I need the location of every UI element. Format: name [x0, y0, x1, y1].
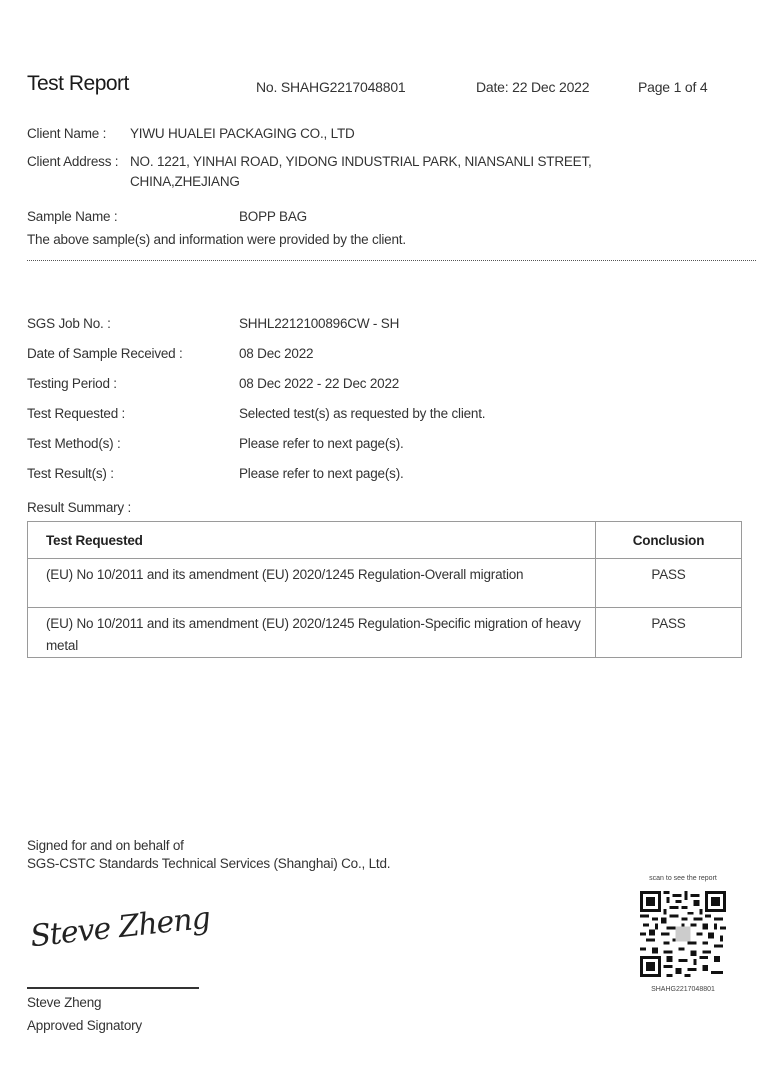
detail-value: Please refer to next page(s).	[239, 466, 404, 481]
client-address-line1: NO. 1221, YINHAI ROAD, YIDONG INDUSTRIAL…	[130, 154, 592, 169]
report-number: No. SHAHG2217048801	[256, 79, 406, 95]
table-row: (EU) No 10/2011 and its amendment (EU) 2…	[28, 559, 742, 608]
test-requested-cell: (EU) No 10/2011 and its amendment (EU) 2…	[28, 608, 596, 658]
result-summary-table: Test Requested Conclusion (EU) No 10/201…	[27, 521, 742, 658]
signatory-name: Steve Zheng	[27, 995, 101, 1010]
result-summary-label: Result Summary :	[27, 500, 131, 515]
detail-label: Test Requested :	[27, 406, 125, 421]
signatory-role: Approved Signatory	[27, 1018, 142, 1033]
page-indicator: Page 1 of 4	[638, 79, 707, 95]
sample-name-label: Sample Name :	[27, 209, 117, 224]
conclusion-cell: PASS	[596, 608, 742, 658]
test-requested-cell: (EU) No 10/2011 and its amendment (EU) 2…	[28, 559, 596, 608]
client-address-line2: CHINA,ZHEJIANG	[130, 174, 240, 189]
detail-label: Test Method(s) :	[27, 436, 121, 451]
column-header-conclusion: Conclusion	[596, 522, 742, 559]
detail-value: Selected test(s) as requested by the cli…	[239, 406, 485, 421]
table-header-row: Test Requested Conclusion	[28, 522, 742, 559]
signature-line	[27, 987, 199, 989]
qr-caption-bottom: SHAHG2217048801	[637, 986, 729, 993]
client-address-label: Client Address :	[27, 154, 118, 169]
qr-caption-top: scan to see the report	[637, 875, 729, 882]
detail-value: 08 Dec 2022	[239, 346, 313, 361]
conclusion-cell: PASS	[596, 559, 742, 608]
signoff-company: SGS-CSTC Standards Technical Services (S…	[27, 856, 390, 871]
detail-value: 08 Dec 2022 - 22 Dec 2022	[239, 376, 399, 391]
column-header-test: Test Requested	[28, 522, 596, 559]
detail-label: Date of Sample Received :	[27, 346, 183, 361]
sample-note: The above sample(s) and information were…	[27, 232, 406, 247]
detail-value: SHHL2212100896CW - SH	[239, 316, 399, 331]
table-row: (EU) No 10/2011 and its amendment (EU) 2…	[28, 608, 742, 658]
detail-label: SGS Job No. :	[27, 316, 111, 331]
signoff-line1: Signed for and on behalf of	[27, 838, 184, 853]
detail-label: Test Result(s) :	[27, 466, 114, 481]
qr-block[interactable]: scan to see the report SHAHG2217048801	[637, 875, 729, 993]
sample-name-value: BOPP BAG	[239, 209, 307, 224]
detail-label: Testing Period :	[27, 376, 117, 391]
client-name-value: YIWU HUALEI PACKAGING CO., LTD	[130, 126, 355, 141]
report-title: Test Report	[27, 72, 129, 96]
detail-value: Please refer to next page(s).	[239, 436, 404, 451]
report-date: Date: 22 Dec 2022	[476, 79, 589, 95]
handwritten-signature: Steve Zheng	[29, 901, 212, 955]
qr-code-icon[interactable]	[640, 884, 726, 984]
section-divider	[27, 260, 756, 261]
client-name-label: Client Name :	[27, 126, 106, 141]
